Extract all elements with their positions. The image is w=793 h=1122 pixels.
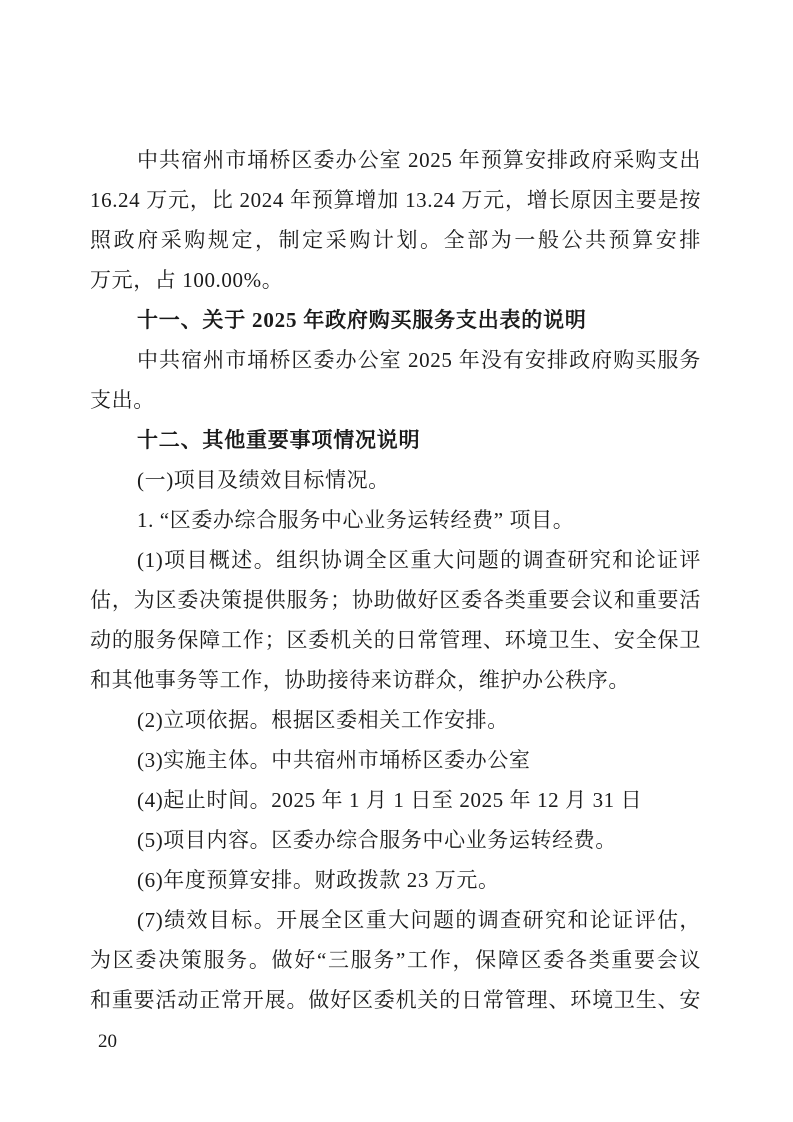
text-line: 动的服务保障工作；区委机关的日常管理、环境卫生、安全保卫 xyxy=(90,620,701,660)
text-line: 支出。 xyxy=(90,380,701,420)
text-line: 中共宿州市埇桥区委办公室 2025 年预算安排政府采购支出 xyxy=(90,140,701,180)
text-line: 万元，占 100.00%。 xyxy=(90,260,701,300)
text-line: (3)实施主体。中共宿州市埇桥区委办公室 xyxy=(90,740,701,780)
text-line: (7)绩效目标。开展全区重大问题的调查研究和论证评估， xyxy=(90,900,701,940)
text-line: (4)起止时间。2025 年 1 月 1 日至 2025 年 12 月 31 日 xyxy=(90,780,701,820)
text-line: 和其他事务等工作，协助接待来访群众，维护办公秩序。 xyxy=(90,660,701,700)
text-line: (6)年度预算安排。财政拨款 23 万元。 xyxy=(90,860,701,900)
text-line: 16.24 万元，比 2024 年预算增加 13.24 万元，增长原因主要是按 xyxy=(90,180,701,220)
text-line: 中共宿州市埇桥区委办公室 2025 年没有安排政府购买服务 xyxy=(90,340,701,380)
document-page: 中共宿州市埇桥区委办公室 2025 年预算安排政府采购支出16.24 万元，比 … xyxy=(0,0,793,1122)
text-line: 为区委决策服务。做好“三服务”工作，保障区委各类重要会议 xyxy=(90,940,701,980)
document-body: 中共宿州市埇桥区委办公室 2025 年预算安排政府采购支出16.24 万元，比 … xyxy=(90,140,701,1020)
text-line: (1)项目概述。组织协调全区重大问题的调查研究和论证评 xyxy=(90,540,701,580)
text-line: (一)项目及绩效目标情况。 xyxy=(90,460,701,500)
text-line: 照政府采购规定，制定采购计划。全部为一般公共预算安排 16.24 xyxy=(90,220,701,260)
text-line: (2)立项依据。根据区委相关工作安排。 xyxy=(90,700,701,740)
text-line: 估，为区委决策提供服务；协助做好区委各类重要会议和重要活 xyxy=(90,580,701,620)
section-heading: 十一、关于 2025 年政府购买服务支出表的说明 xyxy=(90,300,701,340)
text-line: 1. “区委办综合服务中心业务运转经费” 项目。 xyxy=(90,500,701,540)
text-line: 和重要活动正常开展。做好区委机关的日常管理、环境卫生、安 xyxy=(90,980,701,1020)
section-heading: 十二、其他重要事项情况说明 xyxy=(90,420,701,460)
page-number: 20 xyxy=(98,1030,117,1054)
text-line: (5)项目内容。区委办综合服务中心业务运转经费。 xyxy=(90,820,701,860)
